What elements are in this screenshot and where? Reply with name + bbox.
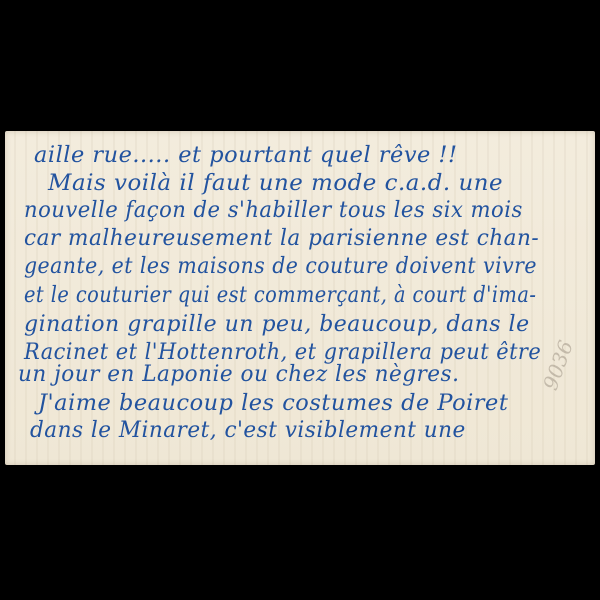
letter-line-5: geante, et les maisons de couture doiven…: [24, 254, 537, 279]
letter-line-3: nouvelle façon de s'habiller tous les si…: [24, 198, 523, 223]
photo-background: aille rue..... et pourtant quel rêve !! …: [0, 0, 600, 600]
letter-line-7: gination grapille un peu, beaucoup, dans…: [24, 312, 530, 337]
letter-line-2: Mais voilà il faut une mode c.a.d. une: [48, 171, 503, 196]
letter-line-6: et le couturier qui est commerçant, à co…: [24, 283, 536, 308]
letter-line-4: car malheureusement la parisienne est ch…: [24, 226, 539, 251]
letter-line-1: aille rue..... et pourtant quel rêve !!: [34, 143, 458, 168]
letter-line-9: un jour en Laponie ou chez les nègres.: [18, 362, 459, 387]
letter-line-11: dans le Minaret, c'est visiblement une: [30, 418, 466, 443]
letter-line-10: J'aime beaucoup les costumes de Poiret: [38, 391, 508, 416]
